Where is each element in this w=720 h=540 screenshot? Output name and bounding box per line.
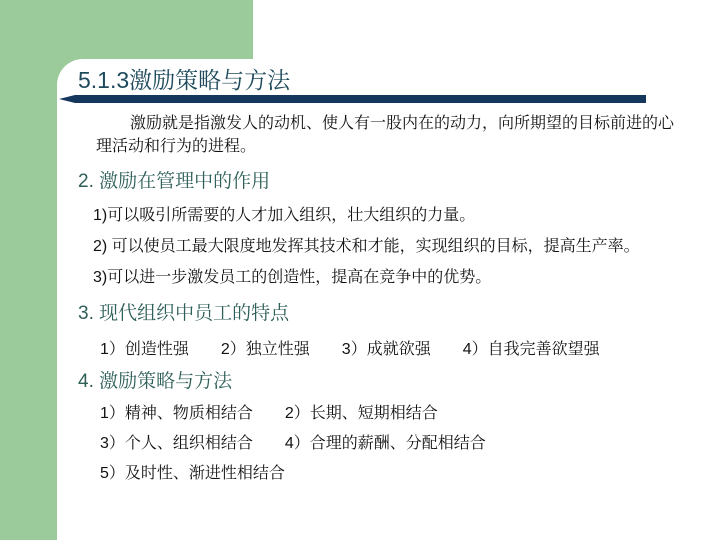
section2-item-1: 1)可以吸引所需要的人才加入组织，壮大组织的力量。 (93, 202, 475, 225)
section-heading-4: 4. 激励策略与方法 (78, 366, 232, 393)
presentation-slide: 5.1.3激励策略与方法 激励就是指激发人的动机、使人有一股内在的动力，向所期望… (0, 0, 720, 540)
section-heading-2: 2. 激励在管理中的作用 (78, 166, 270, 193)
section2-item-2: 2) 可以使员工最大限度地发挥其技术和才能，实现组织的目标，提高生产率。 (93, 233, 640, 256)
section3-item-row: 1）创造性强 2）独立性强 3）成就欲强 4）自我完善欲望强 (100, 336, 600, 359)
section-heading-3: 3. 现代组织中员工的特点 (78, 298, 289, 325)
intro-paragraph: 激励就是指激发人的动机、使人有一股内在的动力，向所期望的目标前进的心理活动和行为… (96, 112, 682, 158)
section4-item-row-3: 5）及时性、渐进性相结合 (100, 460, 285, 483)
section4-item-row-2: 3）个人、组织相结合 4）合理的薪酬、分配相结合 (100, 430, 486, 453)
title-divider-bar (59, 95, 646, 103)
slide-title: 5.1.3激励策略与方法 (78, 62, 290, 95)
section2-item-3: 3)可以进一步激发员工的创造性，提高在竞争中的优势。 (93, 264, 491, 287)
section4-item-row-1: 1）精神、物质相结合 2）长期、短期相结合 (100, 400, 438, 423)
